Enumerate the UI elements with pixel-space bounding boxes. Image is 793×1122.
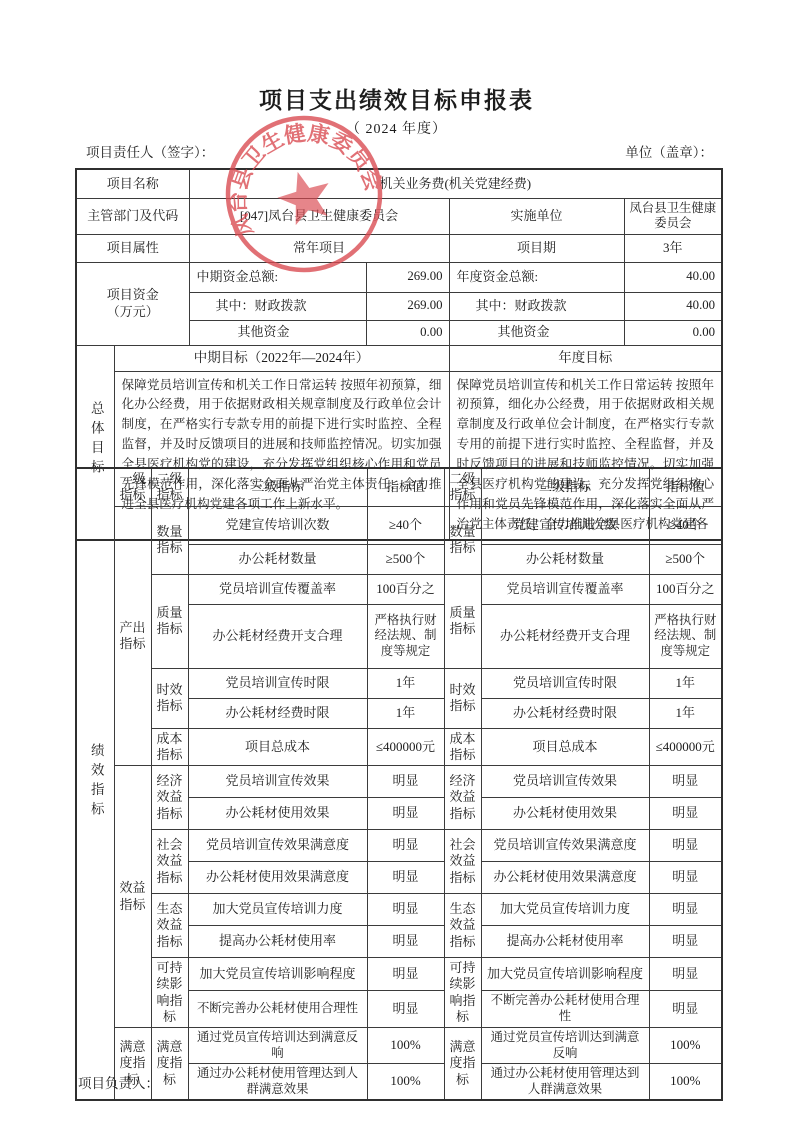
indicator-value: 明显 [649, 830, 722, 862]
level2-timeliness-left: 时效指标 [151, 668, 188, 728]
level2-quantity-left: 数量指标 [151, 506, 188, 574]
indicator-value: 100% [367, 1028, 444, 1064]
level2-ecological-left: 生态效益指标 [151, 894, 188, 958]
level2-quality-left: 质量指标 [151, 574, 188, 668]
indicator-name: 通过办公耗材使用管理达到人群满意效果 [188, 1064, 367, 1101]
indicator-value: 明显 [649, 862, 722, 894]
indicator-value: 100% [649, 1028, 722, 1064]
mid-fund-other-value: 0.00 [366, 320, 449, 345]
indicator-value: 明显 [649, 894, 722, 926]
level2-quality-right: 质量指标 [444, 574, 481, 668]
indicator-value: 明显 [367, 958, 444, 991]
indicator-name: 办公耗材使用效果满意度 [188, 862, 367, 894]
level2-timeliness-right: 时效指标 [444, 668, 481, 728]
indicator-value: 明显 [367, 894, 444, 926]
indicator-table: 绩效指标 一级指标 二级指标 三级指标 指标值 二级指标 三级指标 指标值 产出… [75, 467, 723, 1101]
indicator-name: 党员培训宣传效果 [188, 766, 367, 798]
header-level1: 一级指标 [114, 468, 151, 506]
level1-benefit: 效益指标 [114, 766, 151, 1028]
attribute-value: 常年项目 [189, 234, 449, 262]
mid-fund-total-label: 中期资金总额: [189, 262, 366, 292]
year-fund-total-value: 40.00 [624, 262, 722, 292]
indicator-name: 办公耗材数量 [481, 544, 649, 574]
indicator-value: 明显 [367, 926, 444, 958]
indicator-value: 明显 [649, 798, 722, 830]
impl-unit-label: 实施单位 [449, 198, 624, 234]
year-fund-gov-value: 40.00 [624, 292, 722, 320]
indicator-value: 严格执行财经法规、制度等规定 [649, 604, 722, 668]
indicator-name: 提高办公耗材使用率 [188, 926, 367, 958]
document-page: 项目支出绩效目标申报表 （ 2024 年度） 项目责任人（签字）： 单位（盖章）… [0, 0, 793, 1122]
header-value-right: 指标值 [649, 468, 722, 506]
year-fund-gov-label: 其中：财政拨款 [449, 292, 624, 320]
indicator-value: ≤400000元 [367, 728, 444, 766]
indicator-value: 100百分之 [367, 574, 444, 604]
table-row: 可持续影响指标 加大党员宣传培训影响程度 明显 可持续影响指标 加大党员宣传培训… [76, 958, 722, 991]
fund-row-total: 项目资金 （万元） 中期资金总额: 269.00 年度资金总额: 40.00 [76, 262, 722, 292]
attribute-row: 项目属性 常年项目 项目期 3年 [76, 234, 722, 262]
level2-cost-left: 成本指标 [151, 728, 188, 766]
table-row: 成本指标 项目总成本 ≤400000元 成本指标 项目总成本 ≤400000元 [76, 728, 722, 766]
project-name-label: 项目名称 [76, 169, 189, 198]
page-title: 项目支出绩效目标申报表 [0, 82, 793, 115]
level2-ecological-right: 生态效益指标 [444, 894, 481, 958]
header-level3-right: 三级指标 [481, 468, 649, 506]
indicator-name: 党员培训宣传效果满意度 [188, 830, 367, 862]
level2-economic-right: 经济效益指标 [444, 766, 481, 830]
indicator-header-row: 绩效指标 一级指标 二级指标 三级指标 指标值 二级指标 三级指标 指标值 [76, 468, 722, 506]
period-label: 项目期 [449, 234, 624, 262]
mid-fund-other-label: 其他资金 [189, 320, 366, 345]
indicator-value: 1年 [649, 668, 722, 698]
indicator-name: 党员培训宣传时限 [481, 668, 649, 698]
dept-value: [047]凤台县卫生健康委员会 [189, 198, 449, 234]
year-line: （ 2024 年度） [0, 118, 793, 138]
period-value: 3年 [624, 234, 722, 262]
indicator-name: 办公耗材使用效果满意度 [481, 862, 649, 894]
indicator-value: 明显 [649, 958, 722, 991]
table-row: 生态效益指标 加大党员宣传培训力度 明显 生态效益指标 加大党员宣传培训力度 明… [76, 894, 722, 926]
indicator-name: 提高办公耗材使用率 [481, 926, 649, 958]
indicator-table-wrap: 绩效指标 一级指标 二级指标 三级指标 指标值 二级指标 三级指标 指标值 产出… [75, 467, 721, 1101]
indicator-value: 明显 [649, 990, 722, 1027]
level1-output: 产出指标 [114, 506, 151, 766]
table-row: 时效指标 党员培训宣传时限 1年 时效指标 党员培训宣传时限 1年 [76, 668, 722, 698]
indicator-name: 办公耗材经费开支合理 [188, 604, 367, 668]
mid-fund-gov-label: 其中：财政拨款 [189, 292, 366, 320]
indicator-name: 党员培训宣传覆盖率 [481, 574, 649, 604]
level2-satisfaction-right: 满意度指标 [444, 1028, 481, 1101]
mid-goal-header: 中期目标（2022年—2024年） [114, 345, 449, 371]
indicator-name: 办公耗材经费时限 [188, 698, 367, 728]
indicator-value: ≥40个 [649, 506, 722, 544]
unit-seal-label: 单位（盖章）： [625, 141, 713, 161]
indicator-value: 明显 [367, 798, 444, 830]
indicator-name: 通过党员宣传培训达到满意反响 [481, 1028, 649, 1064]
indicator-name: 项目总成本 [188, 728, 367, 766]
indicator-name: 加大党员宣传培训力度 [188, 894, 367, 926]
indicator-name: 党员培训宣传效果 [481, 766, 649, 798]
indicator-name: 项目总成本 [481, 728, 649, 766]
indicator-value: 1年 [649, 698, 722, 728]
performance-indicator-label: 绩效指标 [76, 468, 114, 1100]
dept-label: 主管部门及代码 [76, 198, 189, 234]
level2-cost-right: 成本指标 [444, 728, 481, 766]
indicator-value: 100% [367, 1064, 444, 1101]
year-fund-other-label: 其他资金 [449, 320, 624, 345]
indicator-name: 办公耗材经费开支合理 [481, 604, 649, 668]
indicator-name: 通过办公耗材使用管理达到人群满意效果 [481, 1064, 649, 1101]
indicator-value: 100百分之 [649, 574, 722, 604]
indicator-name: 不断完善办公耗材使用合理性 [481, 990, 649, 1027]
indicator-value: 严格执行财经法规、制度等规定 [367, 604, 444, 668]
indicator-name: 不断完善办公耗材使用合理性 [188, 990, 367, 1027]
table-row: 质量指标 党员培训宣传覆盖率 100百分之 质量指标 党员培训宣传覆盖率 100… [76, 574, 722, 604]
level2-sustainable-right: 可持续影响指标 [444, 958, 481, 1028]
indicator-name: 加大党员宣传培训影响程度 [188, 958, 367, 991]
level2-social-left: 社会效益指标 [151, 830, 188, 894]
year-fund-other-value: 0.00 [624, 320, 722, 345]
indicator-value: ≤400000元 [649, 728, 722, 766]
indicator-value: ≥40个 [367, 506, 444, 544]
header-level2-left: 二级指标 [151, 468, 188, 506]
attribute-label: 项目属性 [76, 234, 189, 262]
mid-fund-gov-value: 269.00 [366, 292, 449, 320]
indicator-name: 加大党员宣传培训影响程度 [481, 958, 649, 991]
indicator-name: 办公耗材数量 [188, 544, 367, 574]
dept-row: 主管部门及代码 [047]凤台县卫生健康委员会 实施单位 凤台县卫生健康委员会 [76, 198, 722, 234]
indicator-name: 办公耗材使用效果 [481, 798, 649, 830]
level2-economic-left: 经济效益指标 [151, 766, 188, 830]
project-name-value: 机关业务费(机关党建经费) [189, 169, 722, 198]
indicator-name: 党员培训宣传覆盖率 [188, 574, 367, 604]
impl-unit-value: 凤台县卫生健康委员会 [624, 198, 722, 234]
header-level3-left: 三级指标 [188, 468, 367, 506]
indicator-name: 党员培训宣传时限 [188, 668, 367, 698]
table-row: 效益指标 经济效益指标 党员培训宣传效果 明显 经济效益指标 党员培训宣传效果 … [76, 766, 722, 798]
indicator-name: 党建宣传培训次数 [481, 506, 649, 544]
level2-quantity-right: 数量指标 [444, 506, 481, 574]
indicator-value: 明显 [367, 990, 444, 1027]
header-value-left: 指标值 [367, 468, 444, 506]
year-fund-total-label: 年度资金总额: [449, 262, 624, 292]
indicator-name: 办公耗材使用效果 [188, 798, 367, 830]
goal-header-row: 总体目标 中期目标（2022年—2024年） 年度目标 [76, 345, 722, 371]
indicator-value: 明显 [649, 926, 722, 958]
project-name-row: 项目名称 机关业务费(机关党建经费) [76, 169, 722, 198]
table-row: 满意度指标 满意度指标 通过党员宣传培训达到满意反响 100% 满意度指标 通过… [76, 1028, 722, 1064]
indicator-value: 1年 [367, 698, 444, 728]
indicator-value: 明显 [649, 766, 722, 798]
indicator-value: 明显 [367, 862, 444, 894]
indicator-value: 100% [649, 1064, 722, 1101]
level2-social-right: 社会效益指标 [444, 830, 481, 894]
level2-sustainable-left: 可持续影响指标 [151, 958, 188, 1028]
project-leader-label: 项目负责人： [78, 1072, 159, 1092]
fund-label: 项目资金 （万元） [76, 262, 189, 345]
indicator-name: 办公耗材经费时限 [481, 698, 649, 728]
table-row: 社会效益指标 党员培训宣传效果满意度 明显 社会效益指标 党员培训宣传效果满意度… [76, 830, 722, 862]
mid-fund-total-value: 269.00 [366, 262, 449, 292]
indicator-value: 明显 [367, 830, 444, 862]
indicator-value: 1年 [367, 668, 444, 698]
indicator-name: 通过党员宣传培训达到满意反响 [188, 1028, 367, 1064]
header-level2-right: 二级指标 [444, 468, 481, 506]
indicator-name: 加大党员宣传培训力度 [481, 894, 649, 926]
indicator-name: 党建宣传培训次数 [188, 506, 367, 544]
indicator-value: ≥500个 [367, 544, 444, 574]
indicator-value: ≥500个 [649, 544, 722, 574]
indicator-name: 党员培训宣传效果满意度 [481, 830, 649, 862]
table-row: 产出指标 数量指标 党建宣传培训次数 ≥40个 数量指标 党建宣传培训次数 ≥4… [76, 506, 722, 544]
indicator-value: 明显 [367, 766, 444, 798]
responsible-person-label: 项目责任人（签字）： [86, 141, 214, 161]
year-goal-header: 年度目标 [449, 345, 722, 371]
